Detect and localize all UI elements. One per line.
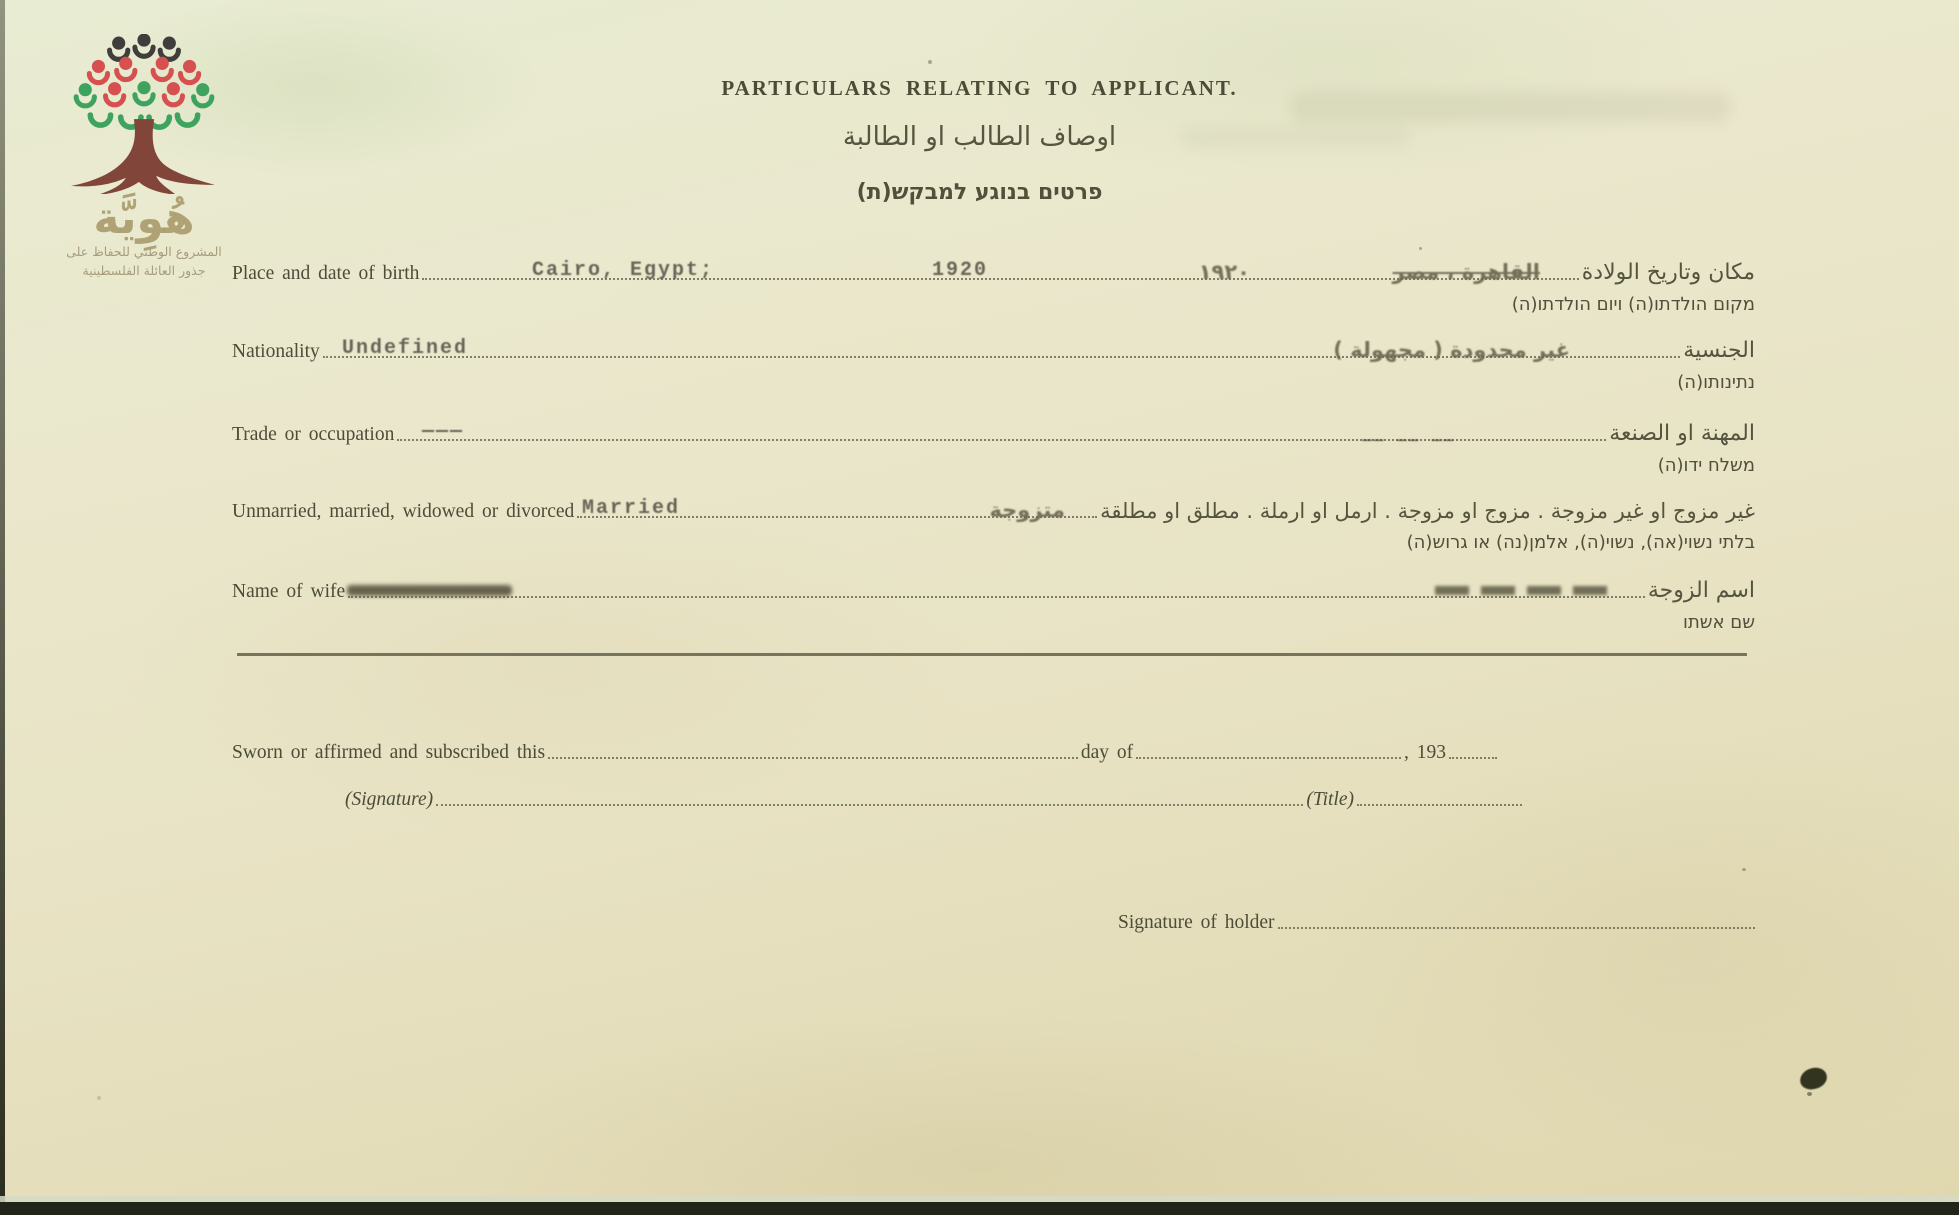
- typed-value-occupation-arabic: —— —— ——: [1362, 431, 1455, 449]
- watermark-logo: هُوِيَّة المشروع الوطني للحفاظ على جذور …: [48, 34, 240, 281]
- redacted-wife-name: [347, 585, 512, 596]
- field-label-english: Nationality: [232, 342, 320, 365]
- dotted-leader: [548, 757, 1078, 759]
- section-divider: [237, 653, 1747, 656]
- form-row-nationality: Nationality الجنسية Undefined غير محدودة…: [232, 330, 1755, 364]
- field-label-english: Unmarried, married, widowed or divorced: [232, 502, 574, 525]
- typed-value-occupation: ———: [422, 420, 464, 443]
- handwritten-value-nationality-arabic: غير محدودة ( مجهولة ): [1333, 338, 1570, 362]
- dotted-leader: [1278, 927, 1755, 929]
- sworn-statement-line: Sworn or affirmed and subscribed this da…: [232, 733, 1500, 765]
- watermark-caption-line2: جذور العائلة الفلسطينية: [48, 262, 240, 281]
- scan-edge-left: [0, 0, 5, 1215]
- form-row-wife-name: Name of wife اسم الزوجة שם אשתו: [232, 570, 1755, 604]
- paper-speck: [1419, 247, 1422, 250]
- dotted-leader: [1357, 804, 1522, 806]
- field-label-hebrew: נתינותו(ה): [1677, 372, 1755, 393]
- field-label-arabic: المهنة او الصنعة: [1609, 423, 1755, 447]
- title-label: (Title): [1306, 790, 1354, 813]
- form-row-marital-status: Unmarried, married, widowed or divorced …: [232, 490, 1755, 524]
- ink-blot: [1799, 1066, 1829, 1091]
- scan-edge-bottom: [0, 1202, 1959, 1215]
- dotted-leader: [348, 596, 1645, 598]
- signature-of-holder-line: Signature of holder: [1118, 903, 1758, 935]
- watermark-caption-line1: المشروع الوطني للحفاظ على: [48, 243, 240, 262]
- field-label-arabic: اسم الزوجة: [1648, 580, 1755, 604]
- signature-label: (Signature): [345, 790, 433, 813]
- handwritten-value-marital-status-arabic: متزوجة: [989, 498, 1065, 522]
- field-label-arabic: الجنسية: [1683, 340, 1755, 364]
- field-label-hebrew: משלח ידו(ה): [1658, 455, 1755, 476]
- field-label-english: Trade or occupation: [232, 425, 394, 448]
- dotted-leader: [436, 804, 1303, 806]
- form-row-birth: Place and date of birth مكان وتاريخ الول…: [232, 252, 1755, 286]
- field-label-hebrew: מקום הולדתו(ה) ויום הולדתו(ה): [1512, 294, 1755, 315]
- signature-of-holder-label: Signature of holder: [1118, 913, 1275, 936]
- day-of-text: day of: [1081, 743, 1133, 766]
- paper-speck: [97, 1096, 101, 1100]
- typed-value-marital-status: Married: [582, 497, 680, 520]
- field-label-english: Place and date of birth: [232, 264, 419, 287]
- handwritten-value-birthplace-arabic: القاهرة ، مصر: [1393, 260, 1540, 284]
- scanned-document-page: هُوِيَّة المشروع الوطني للحفاظ على جذور …: [0, 0, 1959, 1215]
- redacted-wife-name-arabic: [1435, 586, 1615, 595]
- paper-speck: [928, 60, 932, 64]
- form-title-hebrew: פרטים בנוגע למבקש(ת): [0, 180, 1959, 205]
- handwritten-value-birthyear-arabic: ١٩٢٠: [1199, 260, 1250, 284]
- typed-value-birthplace: Cairo, Egypt;: [532, 259, 714, 282]
- ink-blot-speck: [1807, 1092, 1812, 1096]
- typed-value-nationality: Undefined: [342, 337, 468, 360]
- year-prefix-text: , 193: [1404, 743, 1446, 766]
- field-label-english: Name of wife: [232, 582, 345, 605]
- form-row-occupation: Trade or occupation المهنة او الصنعة ———…: [232, 413, 1755, 447]
- field-label-hebrew: שם אשתו: [1683, 612, 1755, 633]
- dotted-leader: [1136, 757, 1401, 759]
- field-label-hebrew: בלתי נשוי(אה), נשוי(ה), אלמן(נה) או גרוש…: [1407, 532, 1755, 553]
- typed-value-birthyear: 1920: [932, 259, 988, 282]
- family-tree-icon: [63, 34, 225, 194]
- field-label-arabic: غير مزوج او غير مزوجة . مزوج او مزوجة . …: [1100, 501, 1755, 524]
- signature-title-line: (Signature) (Title): [345, 780, 1525, 812]
- form-title-english: PARTICULARS RELATING TO APPLICANT.: [0, 76, 1959, 101]
- form-title-arabic: اوصاف الطالب او الطالبة: [0, 122, 1959, 152]
- sworn-lead-text: Sworn or affirmed and subscribed this: [232, 743, 545, 766]
- field-label-arabic: مكان وتاريخ الولادة: [1582, 262, 1755, 286]
- dotted-leader: [1449, 757, 1497, 759]
- paper-speck: [1742, 868, 1746, 871]
